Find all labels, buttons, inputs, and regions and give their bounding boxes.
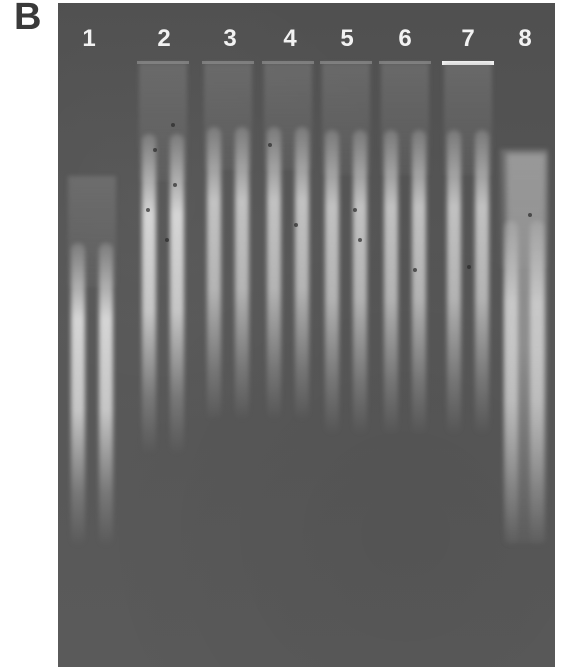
dna-smear-streak	[207, 127, 221, 421]
dna-smear-streak	[412, 130, 426, 435]
dna-smear-streak	[295, 127, 309, 421]
dna-smear-streak	[142, 134, 156, 455]
dust-speck	[153, 148, 157, 152]
dust-speck	[171, 123, 175, 127]
dust-speck	[353, 208, 357, 212]
gel-image: 12345678	[58, 3, 555, 667]
lane-5	[318, 3, 374, 667]
lane-7	[438, 3, 498, 667]
panel-label: B	[14, 0, 41, 36]
dna-smear-streak	[447, 130, 461, 435]
dust-speck	[413, 268, 417, 272]
dna-smear-streak	[353, 130, 367, 435]
dna-smear-streak	[170, 134, 184, 455]
dna-smear-streak	[325, 130, 339, 435]
lane-8-glow	[506, 153, 546, 543]
dust-speck	[528, 213, 532, 217]
dust-speck	[165, 238, 169, 242]
lane-3	[200, 3, 256, 667]
lane-6	[377, 3, 433, 667]
dna-smear-streak	[71, 243, 85, 547]
dust-speck	[173, 183, 177, 187]
dna-smear-streak	[267, 127, 281, 421]
dust-speck	[358, 238, 362, 242]
lane-4	[260, 3, 316, 667]
dna-smear-streak	[384, 130, 398, 435]
dna-smear-streak	[235, 127, 249, 421]
dust-speck	[146, 208, 150, 212]
dna-smear-streak	[99, 243, 113, 547]
dust-speck	[294, 223, 298, 227]
dust-speck	[467, 265, 471, 269]
dna-smear-streak	[475, 130, 489, 435]
lane-2	[133, 3, 193, 667]
lane-1	[62, 3, 122, 667]
dust-speck	[268, 143, 272, 147]
